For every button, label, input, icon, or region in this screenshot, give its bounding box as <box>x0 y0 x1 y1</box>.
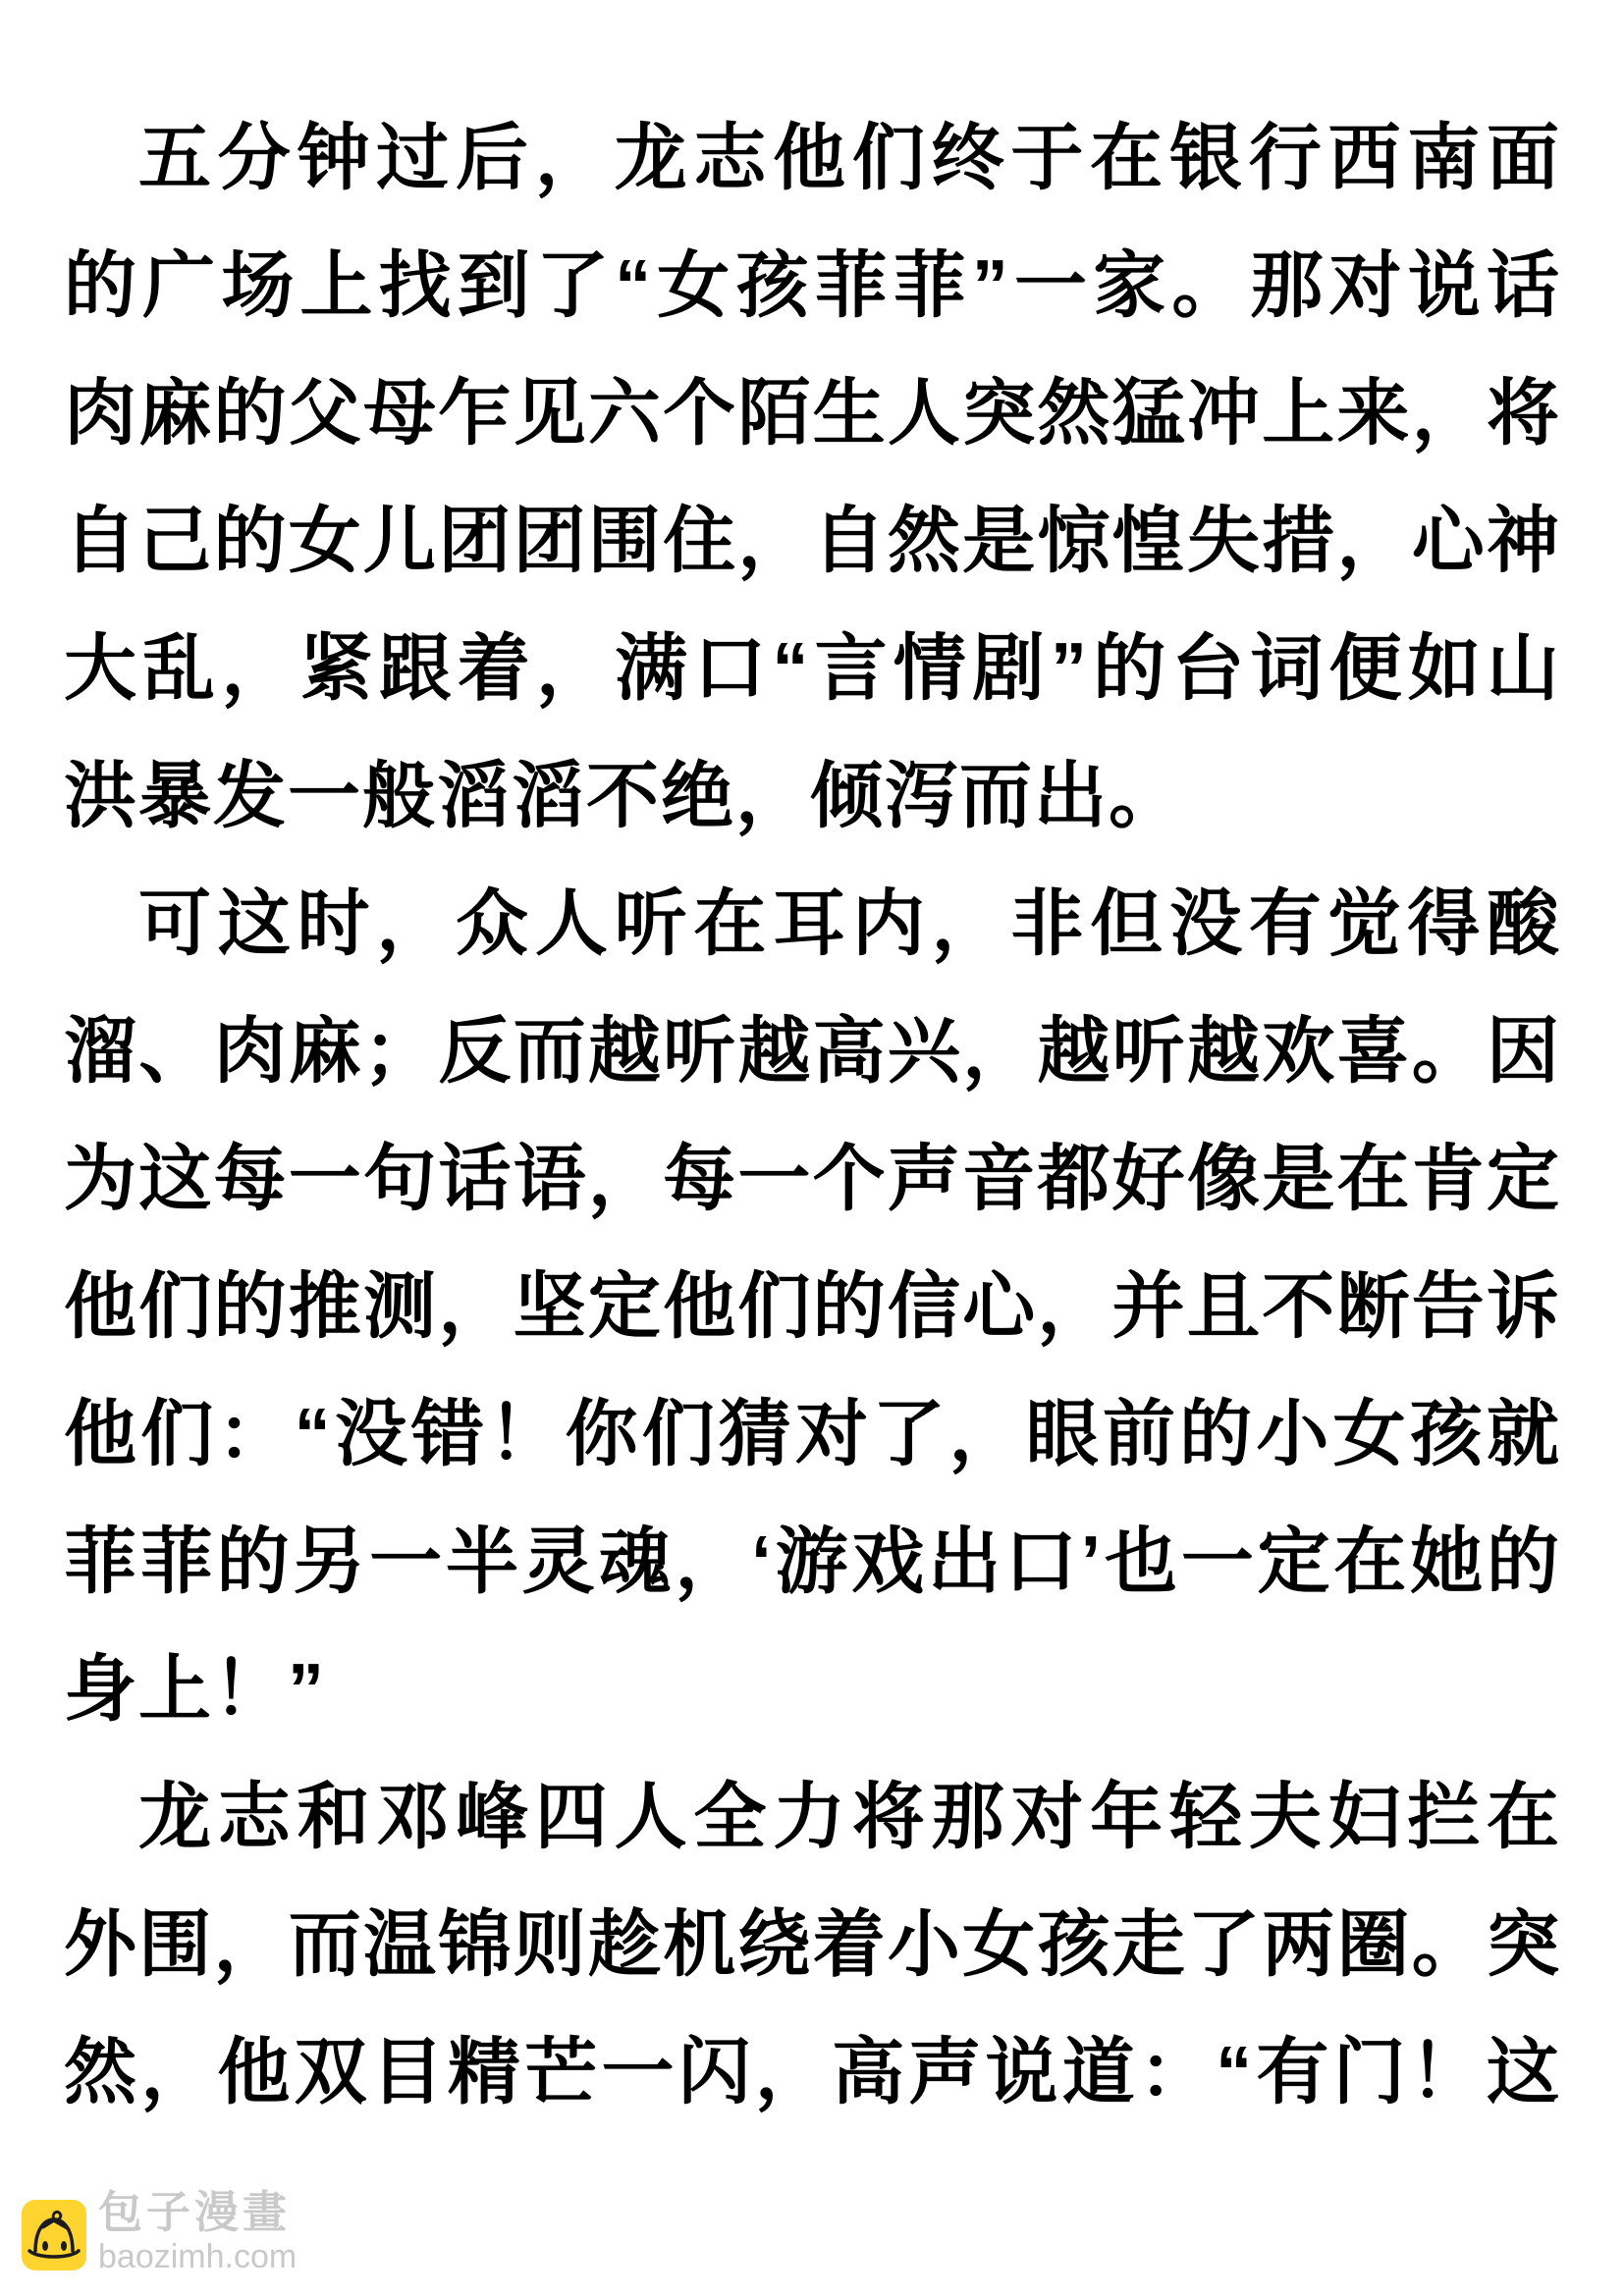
text-line: 菲菲的另一半灵魂，‘游戏出口’也一定在她的 <box>64 1498 1561 1626</box>
text-line: 外围，而温锦则趁机绕着小女孩走了两圈。突 <box>64 1881 1561 2008</box>
watermark-brand: 包子漫畫 <box>98 2189 297 2236</box>
text-line: 大乱，紧跟着，满口“言情剧”的台词便如山 <box>64 605 1561 732</box>
text-line: 五分钟过后，龙志他们终于在银行西南面 <box>64 94 1561 222</box>
text-line: 洪暴发一般滔滔不绝，倾泻而出。 <box>64 732 1561 860</box>
watermark-domain: baozimh.com <box>98 2238 297 2275</box>
text-line: 可这时，众人听在耳内，非但没有觉得酸 <box>64 860 1561 988</box>
text-line: 肉麻的父母乍见六个陌生人突然猛冲上来，将 <box>64 349 1561 477</box>
text-line: 他们的推测，坚定他们的信心，并且不断告诉 <box>64 1243 1561 1370</box>
text-line: 为这每一句话语，每一个声音都好像是在肯定 <box>64 1115 1561 1243</box>
novel-text: 五分钟过后，龙志他们终于在银行西南面 的广场上找到了“女孩菲菲”一家。那对说话 … <box>0 0 1624 2136</box>
text-line: 溜、肉麻；反而越听越高兴，越听越欢喜。因 <box>64 988 1561 1115</box>
text-line: 身上！” <box>64 1626 1561 1753</box>
text-line: 然，他双目精芒一闪，高声说道：“有门！这个 <box>64 2008 1561 2136</box>
text-line: 他们：“没错！你们猜对了，眼前的小女孩就是 <box>64 1370 1561 1498</box>
watermark: 包子漫畫 baozimh.com <box>22 2189 297 2275</box>
baozi-logo-icon <box>22 2194 86 2270</box>
text-line: 龙志和邓峰四人全力将那对年轻夫妇拦在 <box>64 1753 1561 1881</box>
text-line: 自己的女儿团团围住，自然是惊惶失措，心神 <box>64 477 1561 605</box>
novel-page: 五分钟过后，龙志他们终于在银行西南面 的广场上找到了“女孩菲菲”一家。那对说话 … <box>0 0 1624 2296</box>
watermark-text-group: 包子漫畫 baozimh.com <box>98 2189 297 2275</box>
text-line: 的广场上找到了“女孩菲菲”一家。那对说话 <box>64 222 1561 349</box>
